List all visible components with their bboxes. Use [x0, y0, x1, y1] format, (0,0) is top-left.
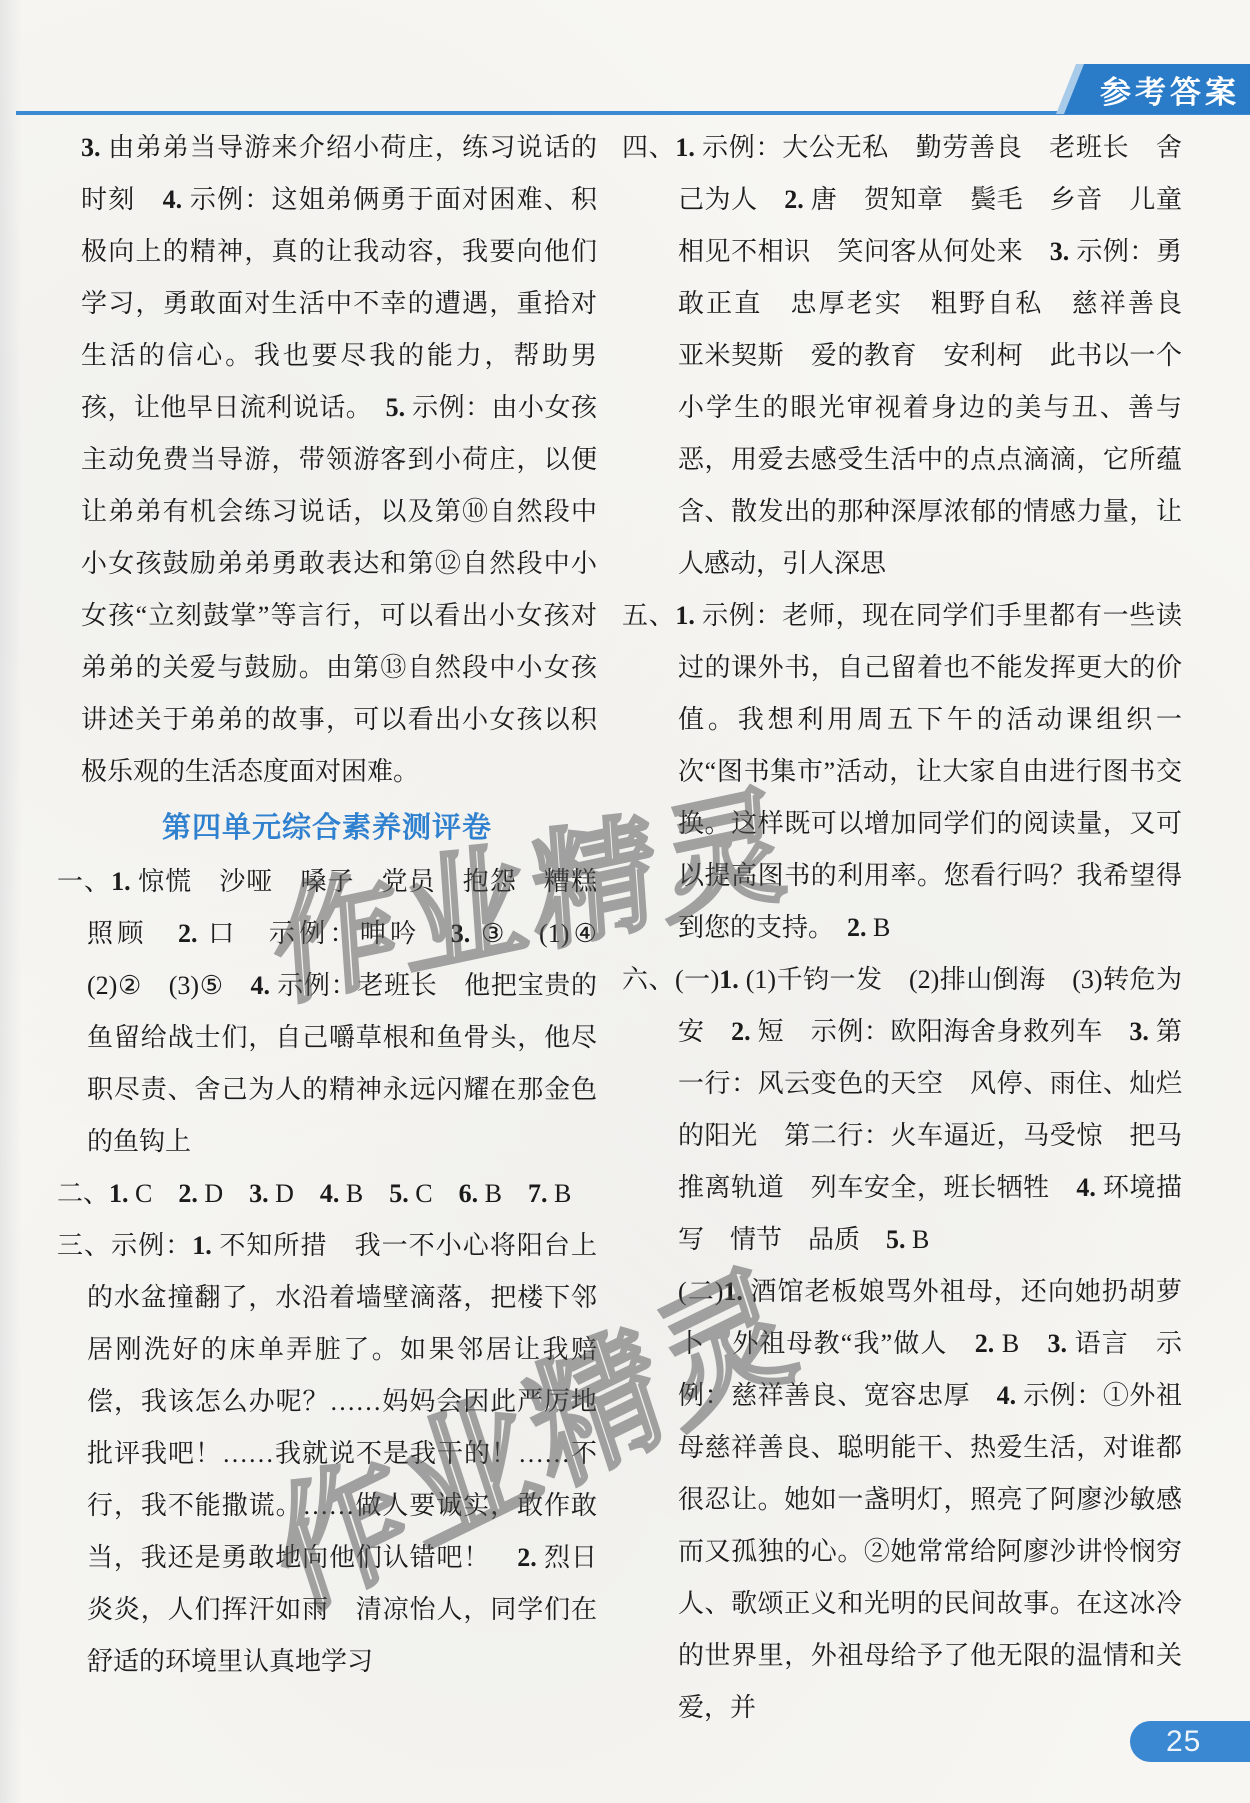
section-label: 一、 — [57, 867, 111, 896]
item-number: 7. — [528, 1179, 548, 1208]
item-number: 1. — [109, 1179, 129, 1208]
item-number: 1. — [719, 965, 739, 994]
item-number: 4. — [251, 971, 271, 1000]
answer-text: 示例：勇敢正直 忠厚老实 粗野自私 慈祥善良 亚米契斯 爱的教育 安利柯 此书以… — [678, 237, 1208, 578]
section-one-paragraph: 一、1. 惊慌 沙哑 嗓子 党员 抱怨 糟糕 照顾 2. 口 示例：呻吟 3. … — [57, 856, 597, 1168]
answer-text: 示例：这姐弟俩勇于面对困难、积极向上的精神，真的让我动容，我要向他们学习，勇敢面… — [81, 185, 597, 422]
answer-text: 口 示例：呻吟 — [197, 919, 450, 948]
answer-key-page: 参考答案 3. 由弟弟当导游来介绍小荷庄，练习说话的时刻 4. 示例：这姐弟俩勇… — [0, 0, 1250, 1803]
unit-test-heading: 第四单元综合素养测评卷 — [57, 802, 597, 854]
answer-text: D — [198, 1179, 249, 1208]
item-number: 5. — [886, 1225, 906, 1254]
item-number: 3. — [1050, 237, 1070, 266]
section-four-paragraph: 四、1. 示例：大公无私 勤劳善良 老班长 舍己为人 2. 唐 贺知章 鬓毛 乡… — [622, 122, 1182, 590]
page-number-badge: 25 — [1130, 1721, 1250, 1762]
item-number: 2. — [178, 1179, 198, 1208]
item-number: 2. — [847, 913, 867, 942]
answer-text: 示例： — [111, 1231, 192, 1260]
item-number: 1. — [723, 1277, 743, 1306]
item-number: 1. — [111, 867, 131, 896]
answer-text: 短 示例：欧阳海舍身救列车 — [751, 1017, 1130, 1046]
header-tab-body: 参考答案 — [1064, 64, 1250, 114]
answer-text: C — [129, 1179, 179, 1208]
section-label: 五、 — [622, 601, 675, 630]
item-number: 5. — [389, 1179, 409, 1208]
header-tab: 参考答案 — [1052, 64, 1250, 114]
item-number: 1. — [192, 1231, 212, 1260]
item-number: 4. — [997, 1381, 1017, 1410]
item-number: 2. — [178, 919, 198, 948]
section-label: 四、 — [622, 133, 675, 162]
section-label: 六、 — [622, 965, 675, 994]
answer-text: C — [409, 1179, 459, 1208]
answer-text: D — [269, 1179, 320, 1208]
answer-text: B — [867, 913, 891, 942]
section-five-paragraph: 五、1. 示例：老师，现在同学们手里都有一些读过的课外书，自己留着也不能发挥更大… — [622, 590, 1182, 954]
section-six-part-two-paragraph: (二)1. 酒馆老板娘骂外祖母，还向她扔胡萝卜 外祖母教“我”做人 2. B 3… — [622, 1266, 1182, 1734]
item-number: 5. — [386, 393, 406, 422]
item-number: 1. — [675, 133, 695, 162]
answer-text: B — [478, 1179, 528, 1208]
item-number: 4. — [1076, 1173, 1096, 1202]
answer-text: B — [339, 1179, 389, 1208]
item-number: 3. — [1047, 1329, 1067, 1358]
right-column: 四、1. 示例：大公无私 勤劳善良 老班长 舍己为人 2. 唐 贺知章 鬓毛 乡… — [622, 122, 1182, 1734]
answer-text: B — [994, 1329, 1047, 1358]
answer-text: 示例：由小女孩主动免费当导游，带领游客到小荷庄，以便让弟弟有机会练习说话，以及第… — [81, 393, 597, 786]
continued-answers-paragraph: 3. 由弟弟当导游来介绍小荷庄，练习说话的时刻 4. 示例：这姐弟俩勇于面对困难… — [57, 122, 597, 798]
section-six-part-one-paragraph: 六、(一)1. (1)千钧一发 (2)排山倒海 (3)转危为安 2. 短 示例：… — [622, 954, 1182, 1266]
item-number: 2. — [784, 185, 804, 214]
answer-text: 示例：老师，现在同学们手里都有一些读过的课外书，自己留着也不能发挥更大的价值。我… — [678, 601, 1182, 942]
item-number: 3. — [249, 1179, 269, 1208]
page-header-title: 参考答案 — [1064, 67, 1240, 112]
item-number: 2. — [731, 1017, 751, 1046]
section-three-paragraph: 三、示例：1. 不知所措 我一不小心将阳台上的水盆撞翻了，水沿着墙壁滴落，把楼下… — [57, 1220, 597, 1688]
page-number: 25 — [1130, 1725, 1201, 1759]
answer-text: B — [906, 1225, 930, 1254]
item-number: 1. — [675, 601, 695, 630]
item-number: 6. — [459, 1179, 479, 1208]
item-number: 3. — [1129, 1017, 1149, 1046]
item-number: 3. — [451, 919, 471, 948]
answer-text: (一) — [675, 965, 719, 994]
answer-text: 不知所措 我一不小心将阳台上的水盆撞翻了，水沿着墙壁滴落，把楼下邻居刚洗好的床单… — [87, 1231, 597, 1572]
section-label: 二、 — [57, 1179, 109, 1208]
section-two-paragraph: 二、1. C 2. D 3. D 4. B 5. C 6. B 7. B — [57, 1168, 597, 1220]
answer-text: B — [547, 1179, 571, 1208]
answer-text: (二) — [678, 1277, 723, 1306]
item-number: 4. — [320, 1179, 340, 1208]
section-label: 三、 — [57, 1231, 111, 1260]
answer-text: 示例：①外祖母慈祥善良、聪明能干、热爱生活，对谁都很忍让。她如一盏明灯，照亮了阿… — [678, 1381, 1182, 1722]
item-number: 4. — [163, 185, 183, 214]
item-number: 2. — [517, 1543, 537, 1572]
left-column: 3. 由弟弟当导游来介绍小荷庄，练习说话的时刻 4. 示例：这姐弟俩勇于面对困难… — [57, 122, 597, 1688]
item-number: 3. — [81, 133, 101, 162]
item-number: 2. — [975, 1329, 995, 1358]
